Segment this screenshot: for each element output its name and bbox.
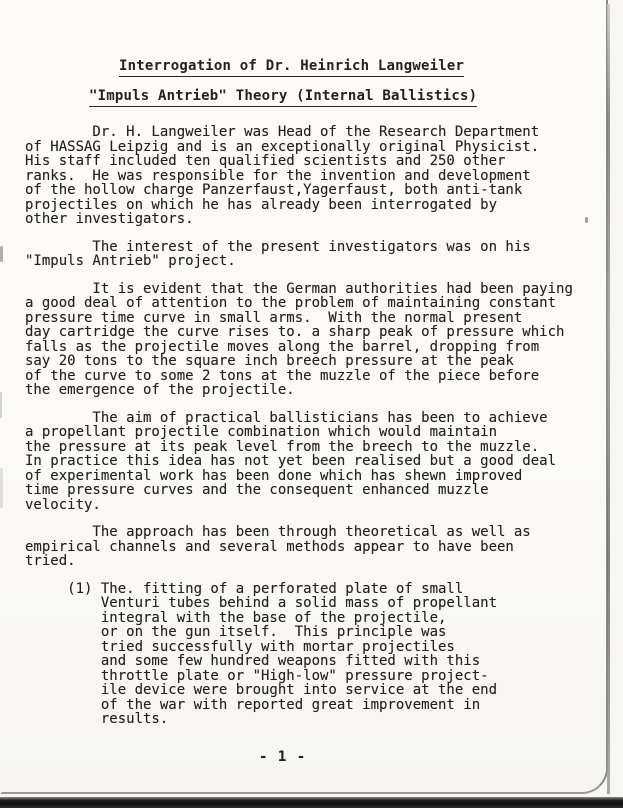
paragraph-approach: The approach has been through theoretica… — [25, 525, 606, 569]
page-surface: Interrogation of Dr. Heinrich Langweiler… — [0, 0, 608, 794]
scan-artifact — [0, 246, 3, 262]
paragraph-pressure-curve: It is evident that the German authoritie… — [25, 282, 606, 398]
scan-page-edge-right — [607, 4, 610, 794]
document-title: Interrogation of Dr. Heinrich Langweiler — [119, 59, 464, 77]
page-number: - 1 - — [259, 749, 306, 765]
scan-artifact — [0, 468, 3, 508]
paragraph-interest: The interest of the present investigator… — [25, 240, 606, 269]
paragraph-ballisticians-aim: The aim of practical ballisticians has b… — [25, 411, 606, 513]
paragraph-intro: Dr. H. Langweiler was Head of the Resear… — [25, 125, 606, 227]
scan-edge-bottom — [0, 797, 623, 808]
scanned-document: Interrogation of Dr. Heinrich Langweiler… — [0, 0, 623, 808]
numbered-item-1: (1) The. fitting of a perforated plate o… — [25, 582, 606, 727]
document-subtitle: "Impuls Antrieb" Theory (Internal Ballis… — [89, 89, 477, 107]
scan-artifact — [0, 392, 2, 418]
scan-artifact — [585, 217, 588, 223]
